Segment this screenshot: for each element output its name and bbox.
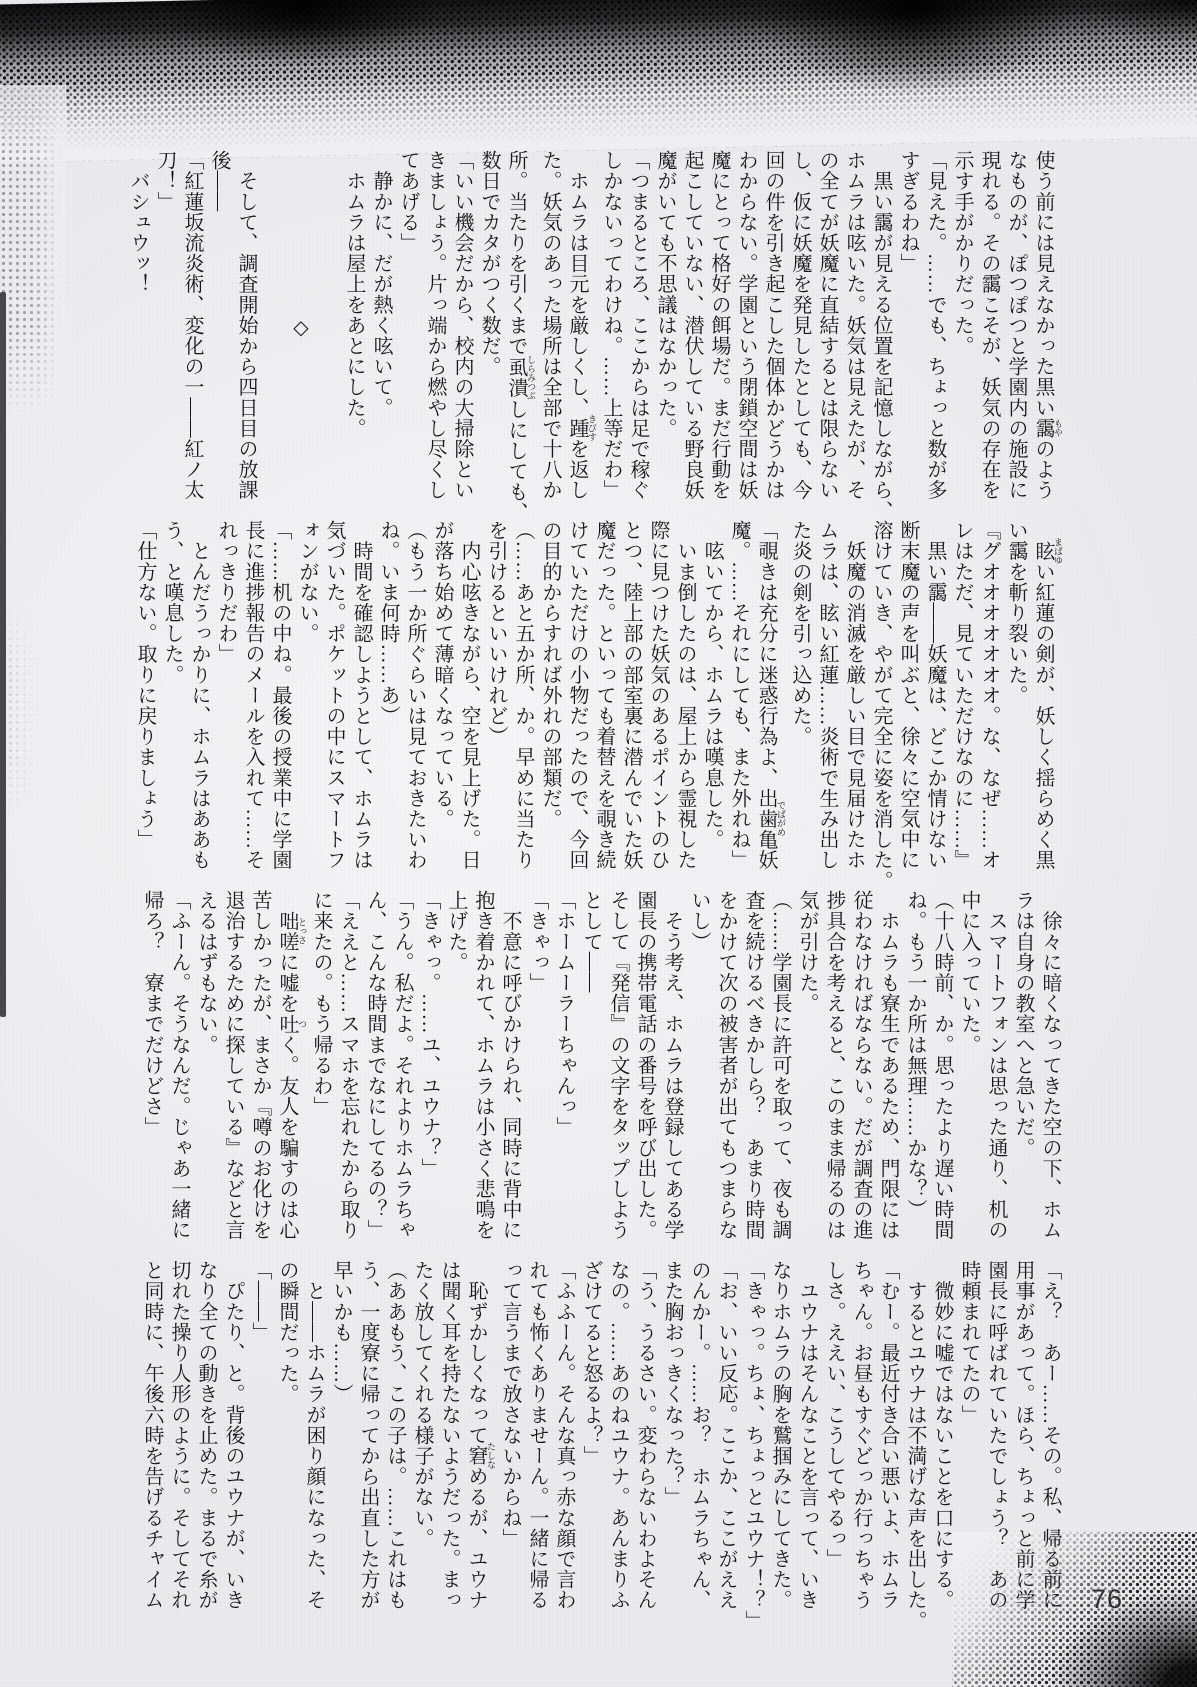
- text-column: 魔。……それにしても、また外れね」: [725, 520, 752, 872]
- text-column: 際に見つけた妖気のあるポイントのひ: [644, 520, 671, 872]
- text-column: ぴたり、と。背後のユウナが、いき: [219, 1260, 246, 1612]
- text-column: [259, 150, 286, 502]
- text-band-1: 使う前には見えなかった黒い靄もやのようなものが、ぽつぽつと学園内の施設に現れる。…: [145, 150, 1063, 502]
- text-column: 「ええと……スマホを忘れたから取り: [334, 890, 361, 1242]
- text-column: ね。もう一か所は無理……かな？）: [901, 890, 928, 1242]
- text-column: と同時に、午後六時を告げるチャイム: [138, 1260, 165, 1612]
- text-column: 使う前には見えなかった黒い靄もやのよう: [1029, 150, 1063, 502]
- text-column: とんだうっかりに、ホムラはああも: [185, 520, 212, 872]
- text-column: ユウナはそんなことを言って、いき: [793, 1260, 820, 1612]
- text-column: いま倒したのは、屋上から霊視した: [671, 520, 698, 872]
- text-column: 不意に呼びかけられ、同時に背中に: [496, 890, 523, 1242]
- text-column: 時頼まれてたの」: [955, 1260, 982, 1612]
- text-column: た炎の剣を引っ込めた。: [786, 520, 813, 872]
- text-column: 数日でカタがつく数だ。: [475, 150, 502, 502]
- text-column: ムラは、眩い紅蓮……炎術で生み出し: [813, 520, 840, 872]
- text-column: （もう一か所ぐらいは見ておきたいわ: [401, 520, 428, 872]
- text-column: 退治するために探している』などと言: [219, 890, 246, 1242]
- text-column: けていただけの小物だったので、今回: [563, 520, 590, 872]
- text-column: 刀！」: [151, 150, 178, 502]
- text-column: 「つまるところ、ここからは足で稼ぐ: [624, 150, 651, 502]
- text-column: 苦しかったが、まさか『噂のお化けを: [246, 890, 273, 1242]
- text-column: として――: [577, 890, 604, 1242]
- text-column: 時間を確認しようとして、ホムラは: [347, 520, 374, 872]
- text-column: しさ。ええい、こうしてやるっ」: [820, 1260, 847, 1612]
- text-column: 「え？ あー……その。私、帰る前に: [1036, 1260, 1063, 1612]
- text-column: の瞬間だった。: [273, 1260, 300, 1612]
- text-column: 断末魔の声を叫ぶと、徐々に空気中に: [894, 520, 921, 872]
- text-column: は聞く耳を持たないようだった。まっ: [435, 1260, 462, 1612]
- text-column: し、仮に妖魔を発見したとしても、今: [786, 150, 813, 502]
- text-column: 用事があって。ほら、ちょっと前に学: [1009, 1260, 1036, 1612]
- text-column: 恥ずかしくなって窘たしなめるが、ユウナ: [462, 1260, 496, 1612]
- text-column: 園長の携帯電話の番号を呼び出した。: [631, 890, 658, 1242]
- text-column: 抱き着かれて、ホムラは小さく悲鳴を: [469, 890, 496, 1242]
- text-column: 「ふふーん。そんな真っ赤な顔で言わ: [550, 1260, 577, 1612]
- text-column: 切れた操り人形のように。そしてそれ: [165, 1260, 192, 1612]
- text-column: ホムラは呟いた。妖気は見えたが、そ: [840, 150, 867, 502]
- text-column: 静かに、だが熱く呟いて。: [367, 150, 394, 502]
- text-column: 後――: [205, 150, 232, 502]
- text-column: いし）: [685, 890, 712, 1242]
- text-column: れっきりだわ」: [212, 520, 239, 872]
- text-column: ざけてると怒るよ？」: [577, 1260, 604, 1612]
- text-column: 「見えた。……でも、ちょっと数が多: [921, 150, 948, 502]
- text-column: の全てが妖魔に直結するとは限らない: [813, 150, 840, 502]
- text-column: 妖魔の消滅を厳しい目で見届けたホ: [840, 520, 867, 872]
- text-area: 使う前には見えなかった黒い靄もやのようなものが、ぽつぽつと学園内の施設に現れる。…: [145, 150, 1063, 1630]
- text-column: と――ホムラが困り顔になった、そ: [300, 1260, 327, 1612]
- text-column: 起こしていない、潜伏している野良妖: [678, 150, 705, 502]
- text-column: そして、調査開始から四日目の放課: [232, 150, 259, 502]
- text-column: 「仕方ない。取りに戻りましょう」: [131, 520, 158, 872]
- text-column: を引けるといいけれど）: [482, 520, 509, 872]
- text-column: ホムラも寮生であるため、門限には: [874, 890, 901, 1242]
- text-column: って言うまで放さないからね」: [496, 1260, 523, 1612]
- novel-page: 使う前には見えなかった黒い靄もやのようなものが、ぽつぽつと学園内の施設に現れる。…: [0, 0, 1197, 1687]
- text-column: のんかー。……お？ ホムラちゃん、: [685, 1260, 712, 1612]
- text-column: 「うん。私だよ。それよりホムラちゃ: [388, 890, 415, 1242]
- text-column: 咄嗟とっさに嘘を吐つく。友人を騙すのは心: [273, 890, 307, 1242]
- text-column: すぎるわね」: [894, 150, 921, 502]
- text-column: 現れる。その靄こそが、妖気の存在を: [975, 150, 1002, 502]
- text-column: 魔だった。といっても着替えを覗き続: [590, 520, 617, 872]
- text-column: [313, 150, 340, 502]
- halftone-left-patch: [0, 85, 66, 420]
- page-edge-shadow: [0, 292, 6, 1017]
- text-column: 「きゃっ。ちょ、ちょっとユウナ！？」: [739, 1260, 766, 1612]
- text-column: い靄を斬り裂いた。: [1002, 520, 1029, 872]
- text-column: 示す手がかりだった。: [948, 150, 975, 502]
- text-column: レはただ、見ていただけなのに……』: [948, 520, 975, 872]
- text-column: なの。……あのねユウナ。あんまりふ: [604, 1260, 631, 1612]
- text-column: てあげる」: [394, 150, 421, 502]
- text-column: 早いかも……）: [327, 1260, 354, 1612]
- text-column: たく放してくれる様子がない。: [408, 1260, 435, 1612]
- text-column: スマートフォンは思った通り、机の: [982, 890, 1009, 1242]
- text-column: 『グオオオオオオオ。な、なぜ……オ: [975, 520, 1002, 872]
- text-column: バシュウッ！: [124, 150, 151, 502]
- text-column: なりホムラの胸を鷲掴みにしてきた。: [766, 1260, 793, 1612]
- text-column: ん、こんな時間までなにしてるの？」: [361, 890, 388, 1242]
- text-column: 「ホームーラーちゃんっ」: [550, 890, 577, 1242]
- text-column: えるはずもない。: [192, 890, 219, 1242]
- text-column: 「いい機会だから、校内の大掃除とい: [448, 150, 475, 502]
- text-column: 「紅蓮坂流炎術、変化の一――紅ノ太: [178, 150, 205, 502]
- text-column: をかけて次の被害者が出てもつまらな: [712, 890, 739, 1242]
- text-column: とつ、陸上部の部室裏に潜んでいた妖: [617, 520, 644, 872]
- text-column: 「きゃっ」: [523, 890, 550, 1242]
- text-column: 黒い靄――妖魔は、どこか情けない: [921, 520, 948, 872]
- text-column: ホムラは屋上をあとにした。: [340, 150, 367, 502]
- text-column: が落ち始めて薄暗くなっている。: [428, 520, 455, 872]
- text-column: ォンがない。: [293, 520, 320, 872]
- text-column: わからない。学園という閉鎖空間は妖: [732, 150, 759, 502]
- text-column: （……あと五か所、か。早めに当たり: [509, 520, 536, 872]
- text-column: 「お、いい反応。ここか、ここがええ: [712, 1260, 739, 1612]
- text-column: なり全ての動きを止めた。まるで糸が: [192, 1260, 219, 1612]
- text-column: 中に入っていた。: [955, 890, 982, 1242]
- text-column: 徐々に暗くなってきた空の下、ホム: [1036, 890, 1063, 1242]
- text-column: の目的からすれば外れの部類だ。: [536, 520, 563, 872]
- text-column: 内心呟きながら、空を見上げた。日: [455, 520, 482, 872]
- text-column: 溶けていき、やがて完全に姿を消した。: [867, 520, 894, 872]
- text-column: （ああもう、この子は。……これはも: [381, 1260, 408, 1612]
- text-column: しかないってわけね。……上等だわ」: [597, 150, 624, 502]
- halftone-left-patch-lower: [0, 600, 42, 820]
- text-column: 所。当たりを引くまで虱潰しらみつぶしにしても、: [502, 150, 536, 502]
- text-column: 眩まばゆい紅蓮の剣が、妖しく揺らめく黒: [1029, 520, 1063, 872]
- text-band-2: 眩まばゆい紅蓮の剣が、妖しく揺らめく黒い靄を斬り裂いた。『グオオオオオオオ。な、…: [145, 520, 1063, 872]
- text-column: 「きゃっ。……ユ、ユウナ？」: [415, 890, 442, 1242]
- text-column: た。妖気のあった場所は全部で十八か: [536, 150, 563, 502]
- text-column: なものが、ぽつぽつと学園内の施設に: [1002, 150, 1029, 502]
- text-column: 呟いてから、ホムラは嘆息した。: [698, 520, 725, 872]
- text-column: 「むー。最近付き合い悪いよ、ホムラ: [874, 1260, 901, 1612]
- text-column: ホムラは目元を厳しくし、踵きびすを返し: [563, 150, 597, 502]
- text-column: 「……机の中ね。最後の授業中に学園: [266, 520, 293, 872]
- text-column: そう考え、ホムラは登録してある学: [658, 890, 685, 1242]
- page-number: 76: [1091, 1584, 1123, 1615]
- text-column: また胸おっきくなった？」: [658, 1260, 685, 1612]
- text-band-3: 徐々に暗くなってきた空の下、ホムラは自身の教室へと急いだ。 スマートフォンは思っ…: [145, 890, 1063, 1242]
- text-column: ね。いま何時……あ）: [374, 520, 401, 872]
- text-column: 回の件を引き起こした個体かどうかは: [759, 150, 786, 502]
- text-column: 気づいた。ポケットの中にスマートフ: [320, 520, 347, 872]
- text-band-4: 「え？ あー……その。私、帰る前に用事があって。ほら、ちょっと前に学園長に呼ばれ…: [145, 1260, 1063, 1612]
- text-column: 「――」: [246, 1260, 273, 1612]
- text-column: 上げた。: [442, 890, 469, 1242]
- text-column: 査を続けるべきかしら？ あまり時間: [739, 890, 766, 1242]
- text-column: 「覗きは充分に迷惑行為よ、出歯亀でばがめ妖: [752, 520, 786, 872]
- text-column: う、と嘆息した。: [158, 520, 185, 872]
- text-column: 魔がいても不思議はなかった。: [651, 150, 678, 502]
- text-column: に来たの。もう帰るわ」: [307, 890, 334, 1242]
- text-column: （十八時前、か。思ったより遅い時間: [928, 890, 955, 1242]
- text-column: （……学園長に許可を取って、夜も調: [766, 890, 793, 1242]
- text-column: そして『発信』の文字をタップしよう: [604, 890, 631, 1242]
- text-column: 気が引けた。: [793, 890, 820, 1242]
- text-column: 「う、うるさい。変わらないわよそん: [631, 1260, 658, 1612]
- text-column: 魔にとって格好の餌場だ。まだ行動を: [705, 150, 732, 502]
- text-column: 微妙に嘘ではないことを口にする。: [928, 1260, 955, 1612]
- text-column: 園長に呼ばれていたでしょう？ あの: [982, 1260, 1009, 1612]
- text-column: きましょう。片っ端から燃やし尽くし: [421, 150, 448, 502]
- text-column: 黒い靄が見える位置を記憶しながら、: [867, 150, 894, 502]
- text-column: う、一度寮に帰ってから出直した方が: [354, 1260, 381, 1612]
- text-column: 「ふーん。そうなんだ。じゃあ一緒に: [165, 890, 192, 1242]
- text-column: 従わなければならない。だが調査の進: [847, 890, 874, 1242]
- text-column: するとユウナは不満げな声を出した。: [901, 1260, 928, 1612]
- halftone-top-band: [0, 0, 1197, 163]
- text-column: 帰ろ？ 寮までだけどさ」: [138, 890, 165, 1242]
- text-column: ◇: [286, 150, 313, 502]
- text-column: れても怖くありませーん。一緒に帰る: [523, 1260, 550, 1612]
- text-column: ちゃん。お昼もすぐどっか行っちゃう: [847, 1260, 874, 1612]
- text-column: 捗具合を考えると、このまま帰るのは: [820, 890, 847, 1242]
- text-column: ラは自身の教室へと急いだ。: [1009, 890, 1036, 1242]
- text-column: 長に進捗報告のメールを入れて……そ: [239, 520, 266, 872]
